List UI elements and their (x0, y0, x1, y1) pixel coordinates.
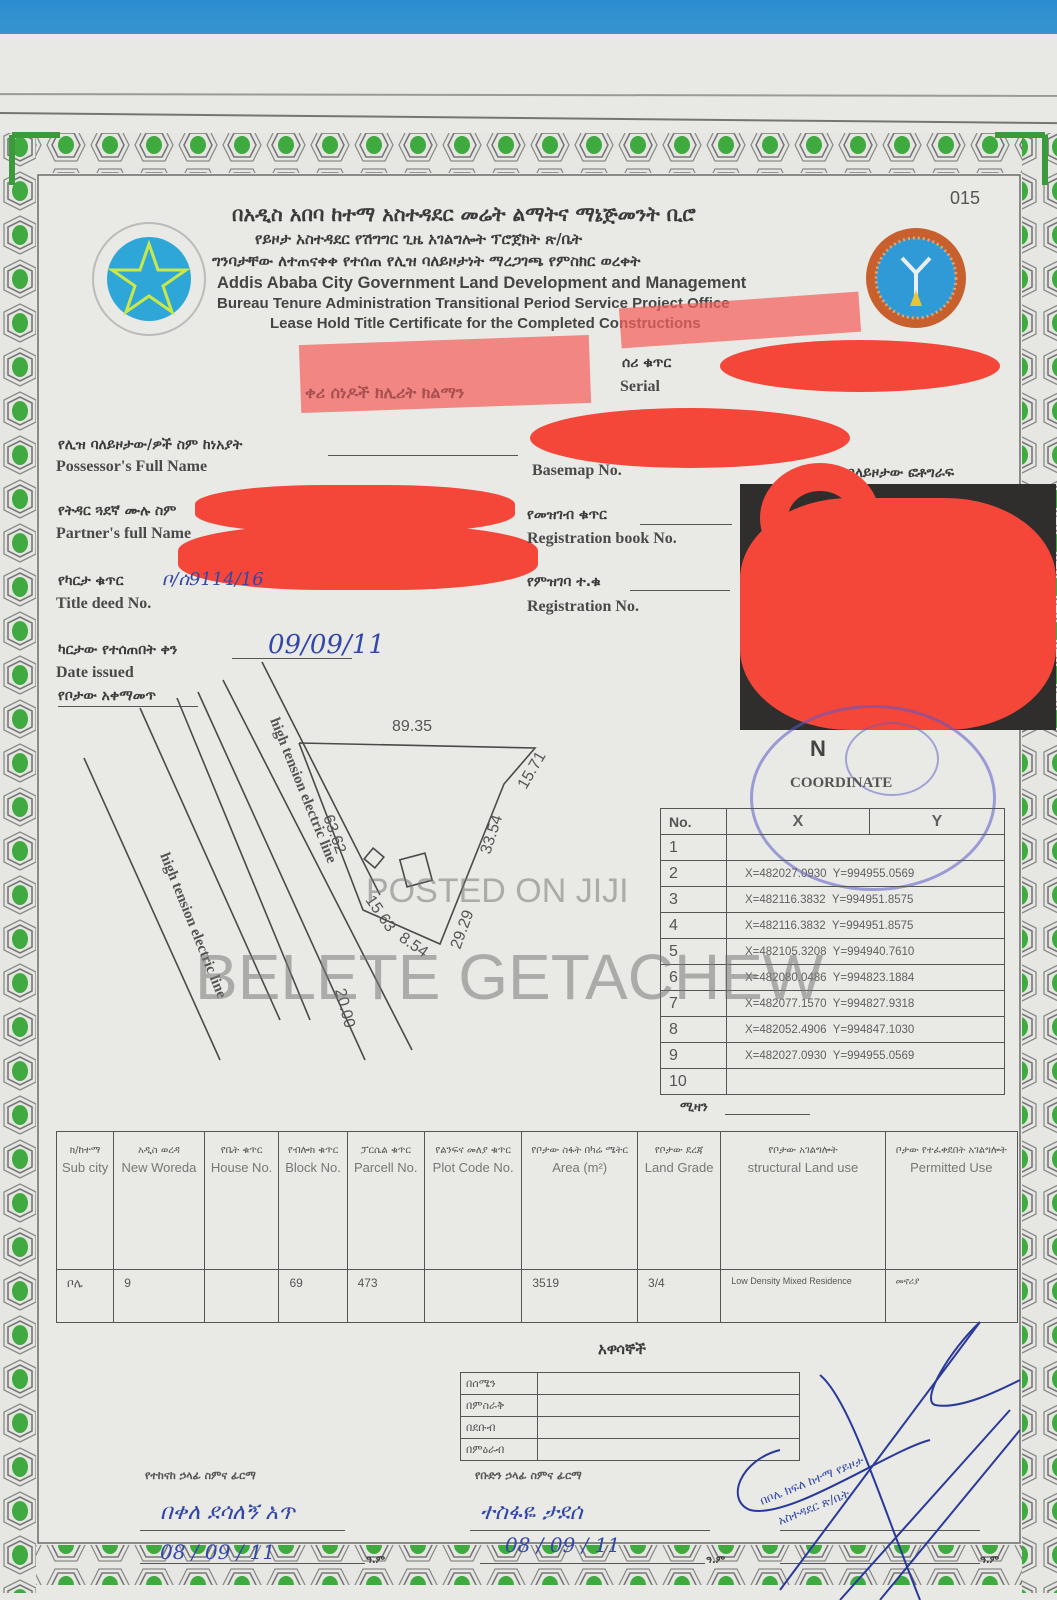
coord-y: Y=994951.8575 (832, 920, 914, 932)
official-signature: በቦሌ ክፍለ ከተማ የይዞታ አስተዳደር ጽ/ቤት (720, 1300, 1040, 1600)
header-amharic: የቤት ቁጥር (206, 1142, 278, 1159)
scale-label: ሚዛን (680, 1100, 708, 1115)
boundary-label: በደቡብ (461, 1417, 538, 1439)
site-plan-drawing: 89.35 15.71 33.54 63.62 15.63 8.54 29.29… (80, 640, 640, 1090)
boundary-label: በሰሜን (461, 1373, 538, 1395)
registration-no-label-amharic: የምዝገባ ተ.ቁ (527, 574, 601, 590)
coord-no: 8 (661, 1017, 727, 1043)
coord-y: Y=994827.9318 (833, 998, 915, 1010)
coord-no: 9 (661, 1043, 727, 1069)
signature-date-1: 08 / 09 / 11 (160, 1540, 275, 1564)
header-amharic: የልንፍና መለያ ቁጥር (426, 1142, 520, 1159)
registration-no-label: Registration No. (527, 598, 639, 616)
serial-label: Serial (620, 378, 660, 396)
land-column-header: ክ/ከተማ Sub city (57, 1132, 114, 1270)
land-column-header: የቦታው ስፋት በካሬ ሜትር Area (m²) (522, 1132, 638, 1270)
form-number: 015 (950, 188, 980, 209)
land-column-header: ቦታው የተፈቀደበት አገልግሎት Permitted Use (885, 1132, 1017, 1270)
land-column-header: የብሎክ ቁጥር Block No. (279, 1132, 347, 1270)
header-amharic: የቦታው አገልግሎት (722, 1142, 883, 1159)
watermark-posted-on: POSTED ON JIJI (366, 872, 629, 911)
land-cell: 473 (347, 1270, 424, 1323)
signature-line-2 (470, 1530, 710, 1531)
header-amharic-line-1: በአዲስ አበባ ከተማ አስተዳደር መሬት ልማትና ማኔጅመንት ቢሮ (232, 202, 696, 226)
header-english: structural Land use (722, 1159, 883, 1176)
coord-header-x: X (727, 809, 870, 835)
signature-label-1: የተከናከ ኃላፊ ስምና ፊርማ (145, 1469, 256, 1483)
registration-no-field (630, 590, 730, 591)
possessor-label: Possessor's Full Name (56, 458, 207, 476)
coord-xy (727, 1069, 1005, 1095)
coord-y: Y=994823.1884 (833, 972, 915, 984)
title-deed-label-amharic: የካርታ ቁጥር (58, 573, 123, 589)
land-cell (424, 1270, 521, 1323)
header-amharic: ቦታው የተፈቀደበት አገልግሎት (887, 1142, 1016, 1159)
coordinate-row: 8 X=482052.4906 Y=994847.1030 (661, 1017, 1005, 1043)
title-deed-label: Title deed No. (56, 595, 151, 613)
signature-date-2: 08 / 09 / 11 (505, 1533, 620, 1557)
date-line-2 (480, 1563, 705, 1564)
signature-line-1 (140, 1530, 345, 1531)
coord-xy (727, 835, 1005, 861)
header-english: Permitted Use (887, 1159, 1016, 1176)
signature-label-2: የቡድን ኃላፊ ስምና ፊርማ (475, 1469, 582, 1483)
land-column-header: የቤት ቁጥር House No. (204, 1132, 279, 1270)
land-column-header: የቦታው አገልግሎት structural Land use (721, 1132, 885, 1270)
land-column-header: የቦታው ደረጃ Land Grade (638, 1132, 721, 1270)
header-english: Block No. (280, 1159, 345, 1176)
coord-y: Y=994951.8575 (832, 894, 914, 906)
land-cell: 3519 (522, 1270, 638, 1323)
header-english: House No. (206, 1159, 278, 1176)
header-amharic: አዲስ ወረዳ (115, 1142, 202, 1159)
header-english: Area (m²) (523, 1159, 636, 1176)
header-amharic-line-3: ግንባታቸው ለተጠናቀቀ የተሰጠ የሊዝ ባለይዞታነት ማረጋገጫ የምስ… (212, 252, 640, 270)
stamp-text: ቀሪ ሰነዶች ክሊሪት ክልማን (305, 383, 464, 403)
coord-header-no: No. (661, 809, 727, 835)
coord-y: Y=994955.0569 (833, 868, 915, 880)
coord-xy: X=482052.4906 Y=994847.1030 (727, 1017, 1005, 1043)
land-cell: 3/4 (638, 1270, 721, 1323)
land-column-header: ፓርሴል ቁጥር Parcell No. (347, 1132, 424, 1270)
header-amharic: የቦታው ደረጃ (639, 1142, 719, 1159)
redaction-photo (740, 498, 1056, 730)
addis-ababa-emblem-icon (866, 228, 966, 328)
header-english: Plot Code No. (426, 1159, 520, 1176)
boundary-label: በምስራቅ (461, 1395, 538, 1417)
coord-x: X=482027.0930 (745, 1050, 827, 1062)
north-arrow-label: N (810, 736, 826, 762)
coord-x: X=482116.3832 (745, 894, 826, 906)
coord-no: 1 (661, 835, 727, 861)
coordinate-row: 1 (661, 835, 1005, 861)
land-column-header: አዲስ ወረዳ New Woreda (114, 1132, 204, 1270)
partner-label-amharic: የትዳር ጓደኛ ሙሉ ስም (58, 503, 176, 519)
land-cell: ቦሌ (57, 1270, 114, 1323)
header-amharic: ክ/ከተማ (58, 1142, 112, 1159)
dimension-label: 33.54 (478, 813, 507, 856)
registration-book-label: Registration book No. (527, 530, 677, 548)
scale-field (725, 1114, 810, 1115)
serial-label-amharic: ሰሪ ቁጥር (622, 355, 671, 371)
coord-no: 10 (661, 1069, 727, 1095)
coord-x: X=482052.4906 (745, 1024, 827, 1036)
power-line-label: high tension electric line (266, 716, 339, 866)
header-english: Land Grade (639, 1159, 719, 1176)
basemap-label: Basemap No. (532, 462, 622, 480)
ethiopia-emblem-icon (92, 222, 206, 336)
header-english: Parcell No. (349, 1159, 423, 1176)
redaction-serial (720, 340, 1000, 392)
coord-no: 2 (661, 861, 727, 887)
coord-xy: X=482027.0930 Y=994955.0569 (727, 1043, 1005, 1069)
header-english: New Woreda (115, 1159, 202, 1176)
coord-x: X=482027.0930 (745, 868, 827, 880)
coord-header-y: Y (870, 809, 1005, 835)
coordinate-row: 9 X=482027.0930 Y=994955.0569 (661, 1043, 1005, 1069)
header-amharic: የቦታው ስፋት በካሬ ሜትር (523, 1142, 636, 1159)
coord-no: 3 (661, 887, 727, 913)
coord-y: Y=994940.7610 (833, 946, 915, 958)
signature-name-2: ተስፋዬ ታደሰ (480, 1500, 583, 1525)
coordinate-row: 2 X=482027.0930 Y=994955.0569 (661, 861, 1005, 887)
title-deed-value: ቦ/ሰ9114/16 (162, 569, 264, 590)
dimension-label: 89.35 (392, 718, 432, 735)
boundary-label: በምዕራብ (461, 1439, 538, 1461)
header-english-line-1: Addis Ababa City Government Land Develop… (217, 274, 746, 293)
registration-book-field (640, 524, 732, 525)
registration-book-label-amharic: የመዝገብ ቁጥር (527, 507, 607, 523)
coord-no: 4 (661, 913, 727, 939)
boundaries-title: አዋሳኞች (598, 1340, 646, 1358)
signature-name-1: በቀለ ደሳለኝ አጥ (160, 1500, 295, 1525)
dimension-label: 15.71 (515, 749, 550, 792)
coord-y: Y=994847.1030 (833, 1024, 915, 1036)
land-cell: 9 (114, 1270, 204, 1323)
possessor-label-amharic: የሊዝ ባለይዞታው/ዎች ስም ከነአያት (58, 437, 242, 453)
coordinate-row: 10 (661, 1069, 1005, 1095)
header-amharic-line-2: የይዞታ አስተዳደር የሽግግር ጊዜ አገልግሎት ፕሮጀክት ጽ/ቤት (255, 230, 582, 248)
coord-xy: X=482027.0930 Y=994955.0569 (727, 861, 1005, 887)
possessor-field (328, 455, 518, 456)
coordinate-title: COORDINATE (790, 775, 892, 792)
date-line-1 (140, 1563, 365, 1564)
partner-label: Partner's full Name (56, 525, 191, 543)
watermark-seller: BELETE GETACHEW (195, 940, 823, 1014)
land-cell: 69 (279, 1270, 347, 1323)
coordinate-row: 3 X=482116.3832 Y=994951.8575 (661, 887, 1005, 913)
land-info-table: ክ/ከተማ Sub cityአዲስ ወረዳ New Woredaየቤት ቁጥር … (56, 1131, 1018, 1323)
header-english: Sub city (58, 1159, 112, 1176)
land-column-header: የልንፍና መለያ ቁጥር Plot Code No. (424, 1132, 521, 1270)
header-amharic: ፓርሴል ቁጥር (349, 1142, 423, 1159)
coord-xy: X=482116.3832 Y=994951.8575 (727, 887, 1005, 913)
coordinate-row: 4 X=482116.3832 Y=994951.8575 (661, 913, 1005, 939)
coord-y: Y=994955.0569 (833, 1050, 915, 1062)
redaction-basemap (530, 408, 850, 468)
era-suffix: ዓ.ም (366, 1555, 385, 1566)
coord-x: X=482116.3832 (745, 920, 826, 932)
land-table-header: ክ/ከተማ Sub cityአዲስ ወረዳ New Woredaየቤት ቁጥር … (57, 1132, 1018, 1270)
land-cell (204, 1270, 279, 1323)
header-amharic: የብሎክ ቁጥር (280, 1142, 345, 1159)
coord-xy: X=482116.3832 Y=994951.8575 (727, 913, 1005, 939)
